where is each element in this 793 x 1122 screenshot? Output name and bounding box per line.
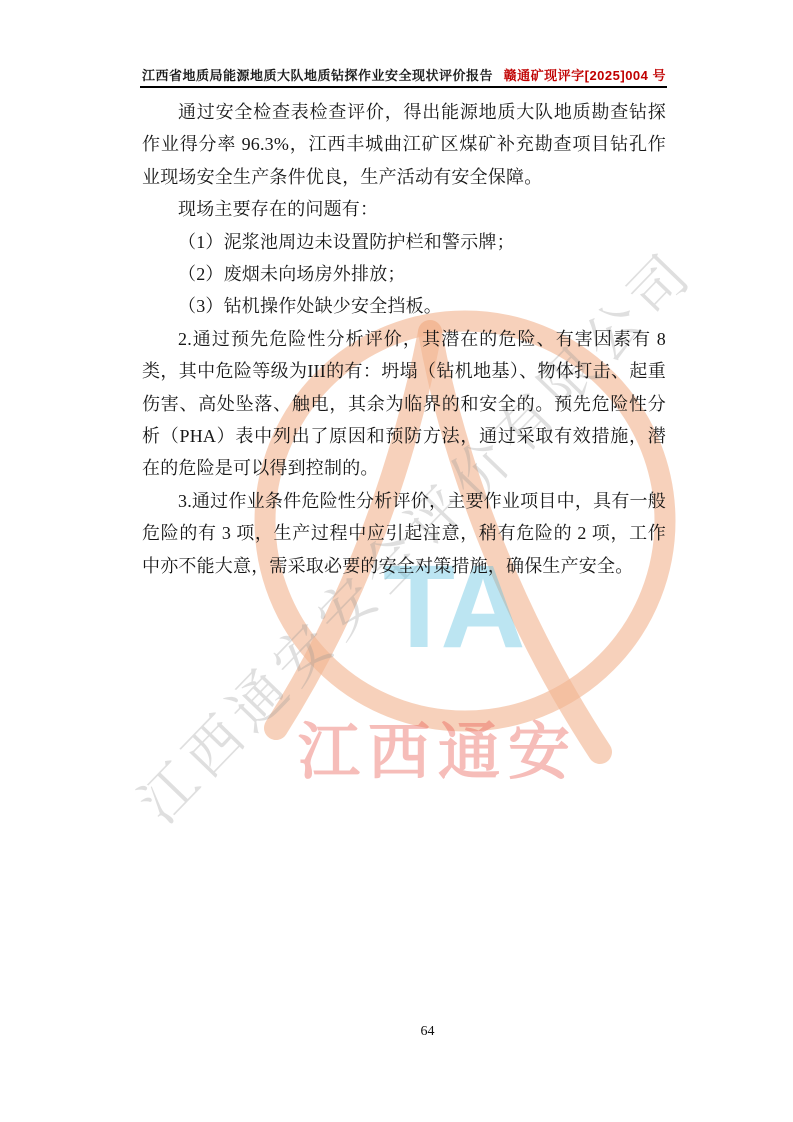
- page-number: 64: [421, 1024, 435, 1040]
- page-footer: 64: [0, 1022, 793, 1040]
- watermark-brand-text: 江西通安: [298, 718, 578, 788]
- document-body: 通过安全检查表检查评价，得出能源地质大队地质勘查钻探作业得分率 96.3%，江西…: [142, 96, 666, 582]
- paragraph-problems-intro: 现场主要存在的问题有：: [142, 193, 666, 225]
- document-page: 江西省地质局能源地质大队地质钻探作业安全现状评价报告 赣通矿现评字[2025]0…: [0, 0, 793, 1122]
- paragraph-problem-2: （2）废烟未向场房外排放；: [142, 258, 666, 290]
- paragraph-scl-result: 通过安全检查表检查评价，得出能源地质大队地质勘查钻探作业得分率 96.3%，江西…: [142, 96, 666, 193]
- paragraph-problem-3: （3）钻机操作处缺少安全挡板。: [142, 290, 666, 322]
- header-doc-number: 赣通矿现评字[2025]004 号: [504, 65, 666, 84]
- page-header: 江西省地质局能源地质大队地质钻探作业安全现状评价报告 赣通矿现评字[2025]0…: [142, 58, 666, 84]
- paragraph-pha-analysis: 2.通过预先危险性分析评价，其潜在的危险、有害因素有 8 类，其中危险等级为II…: [142, 323, 666, 485]
- header-divider: [140, 86, 667, 88]
- paragraph-problem-1: （1）泥浆池周边未设置防护栏和警示牌；: [142, 226, 666, 258]
- header-report-title: 江西省地质局能源地质大队地质钻探作业安全现状评价报告: [142, 65, 493, 84]
- paragraph-lec-analysis: 3.通过作业条件危险性分析评价，主要作业项目中，具有一般危险的有 3 项，生产过…: [142, 485, 666, 582]
